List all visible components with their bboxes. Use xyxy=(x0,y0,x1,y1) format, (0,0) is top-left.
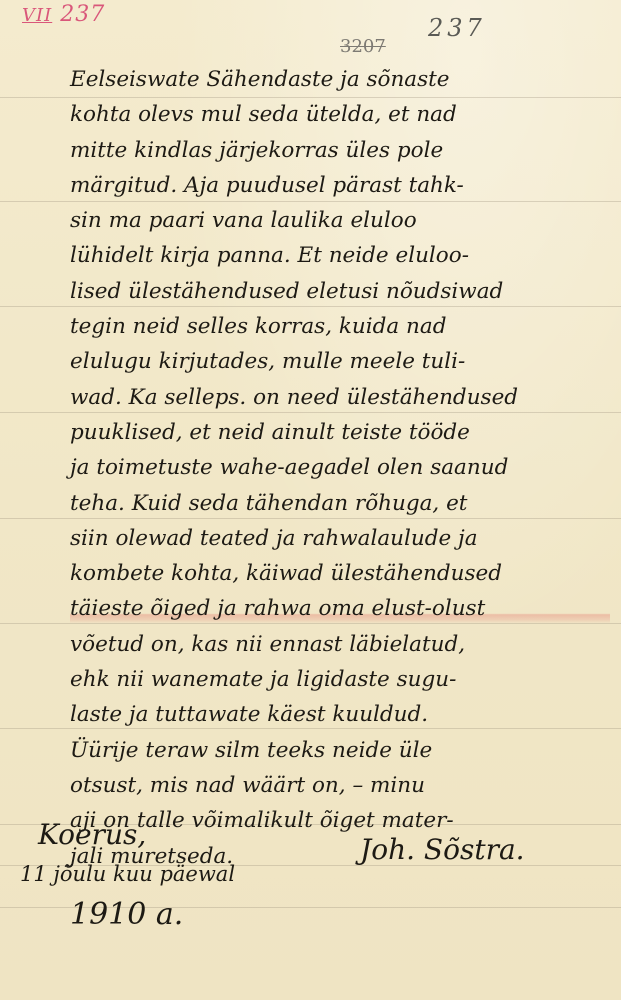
text-line: kohta olevs mul seda ütelda, et nad xyxy=(70,97,610,132)
text-line: ja toimetuste wahe-aegadel olen saanud xyxy=(70,450,610,485)
signature: Joh. Sõstra. xyxy=(360,833,525,866)
text-line: laste ja tuttawate käest kuuldud. xyxy=(70,697,610,732)
archive-mark: VII 237 xyxy=(22,2,105,27)
text-line: wad. Ka selleps. on need ülestähendused xyxy=(70,380,610,415)
folio-number: 237 xyxy=(428,14,486,42)
text-line: ehk nii wanemate ja ligidaste sugu- xyxy=(70,662,610,697)
text-line: sin ma paari vana laulika eluloo xyxy=(70,203,610,238)
text-line: puuklised, et neid ainult teiste tööde xyxy=(70,415,610,450)
archive-number: 237 xyxy=(60,2,105,27)
text-line: lised ülestähendused eletusi nõudsiwad xyxy=(70,274,610,309)
text-line: märgitud. Aja puudusel pärast tahk- xyxy=(70,168,610,203)
manuscript-page: VII 237 3207 237 Eelseiswate Sähendaste … xyxy=(0,0,621,1000)
text-line: lühidelt kirja panna. Et neide eluloo- xyxy=(70,238,610,273)
archive-volume: VII xyxy=(22,5,52,26)
date-line: 11 jõulu kuu päewal xyxy=(20,862,235,886)
letter-body: Eelseiswate Sähendaste ja sõnaste kohta … xyxy=(70,62,610,874)
text-line: kombete kohta, käiwad ülestähendused xyxy=(70,556,610,591)
text-line: Eelseiswate Sähendaste ja sõnaste xyxy=(70,62,610,97)
text-line: otsust, mis nad wäärt on, – minu xyxy=(70,768,610,803)
folio-old-number: 3207 xyxy=(340,36,386,57)
text-line: siin olewad teated ja rahwalaulude ja xyxy=(70,521,610,556)
text-line: aji on talle võimalikult õiget mater- xyxy=(70,803,610,838)
text-line: teha. Kuid seda tähendan rõhuga, et xyxy=(70,486,610,521)
text-line: tegin neid selles korras, kuida nad xyxy=(70,309,610,344)
text-line: mitte kindlas järjekorras üles pole xyxy=(70,133,610,168)
place-name: Koerus, xyxy=(38,818,146,851)
text-line: elulugu kirjutades, mulle meele tuli- xyxy=(70,344,610,379)
text-line: Üürije teraw silm teeks neide üle xyxy=(70,733,610,768)
text-line: võetud on, kas nii ennast läbielatud, xyxy=(70,627,610,662)
text-line-red-underlined: täieste õiged ja rahwa oma elust-olust xyxy=(70,591,610,626)
year: 1910 a. xyxy=(70,897,183,932)
